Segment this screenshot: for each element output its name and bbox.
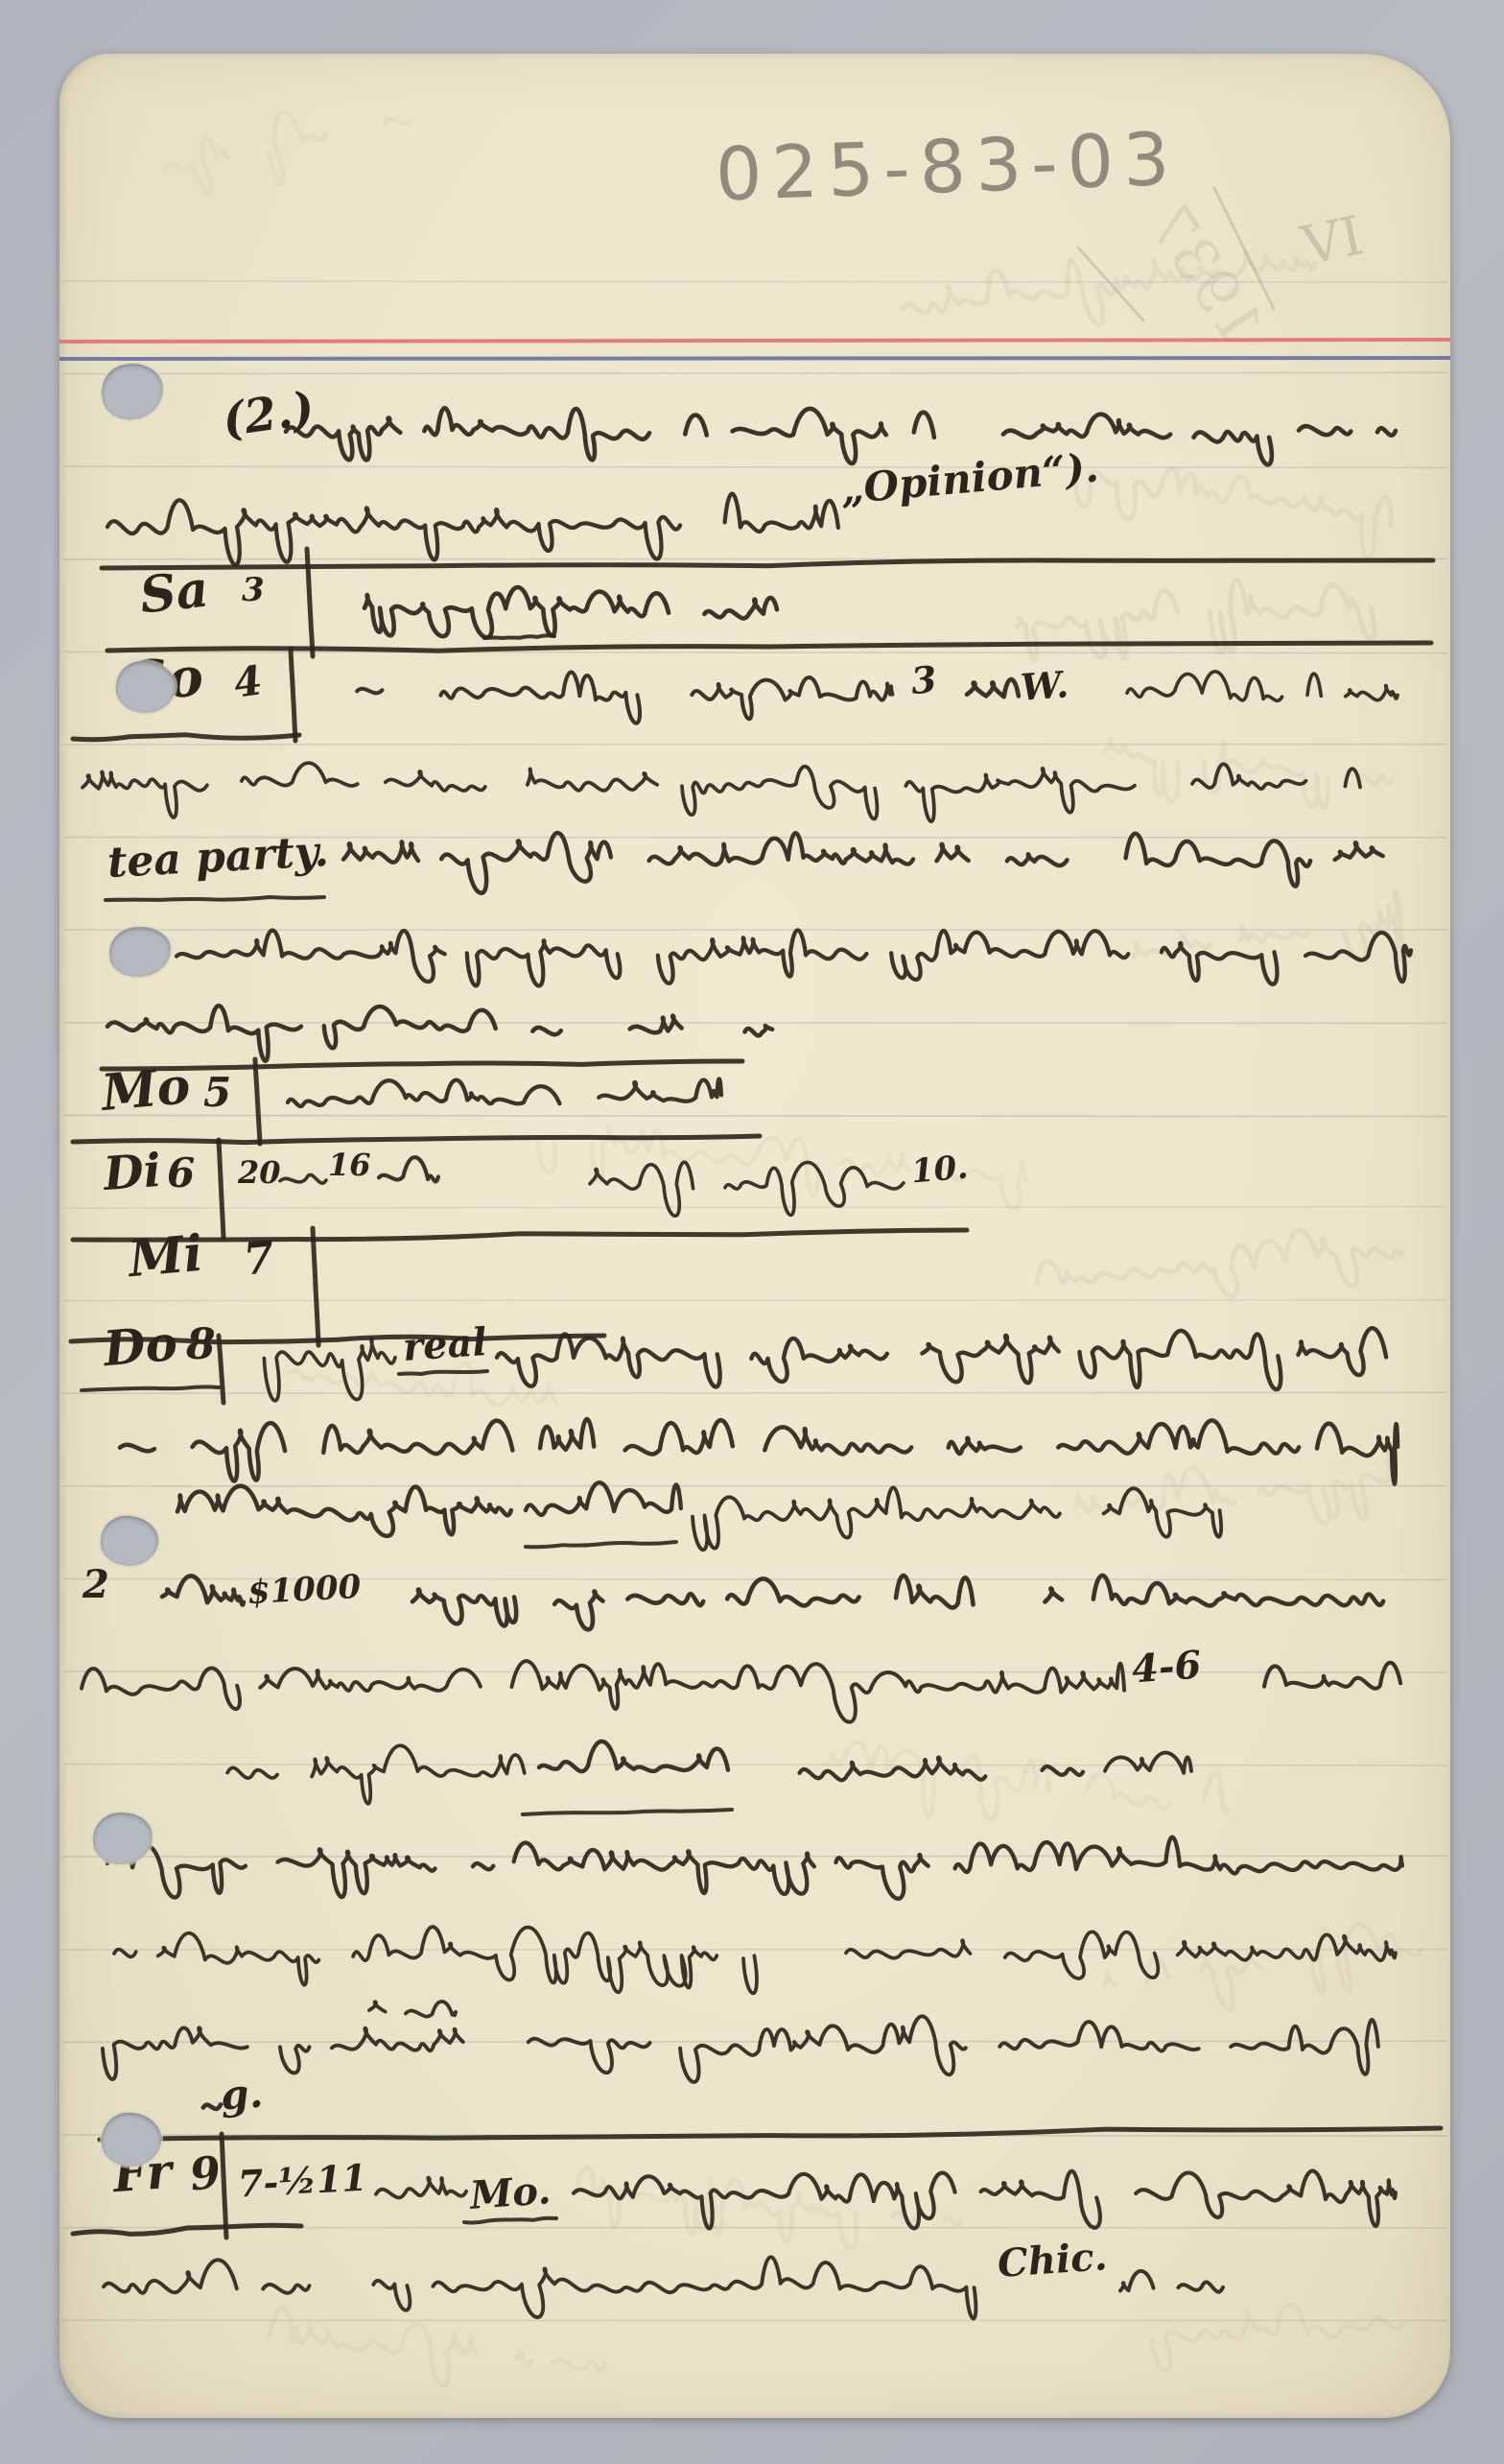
ink-underline (523, 1810, 732, 1814)
shorthand-stroke (107, 1837, 1402, 1899)
shorthand-stroke (288, 1078, 721, 1106)
shorthand-stroke (103, 2016, 1378, 2082)
ruled-line (63, 1765, 1446, 1765)
shorthand-stroke (264, 1339, 395, 1400)
ghost-showthrough (1129, 892, 1407, 1003)
shorthand-stroke (376, 2178, 466, 2198)
shorthand-stroke (693, 1487, 1221, 1550)
shorthand-stroke (107, 494, 838, 565)
ghost-showthrough (822, 1732, 1233, 1847)
ruled-line (63, 1207, 1446, 1208)
shorthand-stroke (526, 1482, 681, 1515)
shorthand-stroke (162, 1576, 244, 1604)
shorthand-stroke (280, 1174, 326, 1183)
ink-divider-line (102, 560, 1433, 568)
ink-underline (106, 897, 324, 900)
ghost-showthrough (1071, 1447, 1396, 1551)
handwritten-entry-day-do: Do (102, 1319, 179, 1373)
handwritten-mark-g: g. (220, 2073, 265, 2117)
handwritten-entry-date-8: 8 (186, 1324, 216, 1366)
shorthand-stroke (104, 2257, 975, 2318)
handwritten-entry-date-6: 6 (167, 1153, 195, 1194)
handwritten-num-16: 16 (328, 1149, 371, 1180)
shorthand-stroke (539, 1741, 728, 1771)
handwritten-letter-w: W. (1020, 666, 1070, 705)
shorthand-stroke (1264, 1663, 1400, 1689)
shorthand-stroke (82, 1661, 1124, 1722)
ink-divider-line (73, 2225, 301, 2234)
ruled-line (63, 2041, 1446, 2042)
ink-divider-line (73, 735, 299, 740)
handwritten-entry-date-4: 4 (231, 660, 265, 704)
shorthand-stroke (82, 763, 1360, 821)
shorthand-stroke (176, 930, 1411, 985)
handwritten-time-7-half-11: 7-½11 (237, 2160, 368, 2203)
ink-divider-line (100, 2128, 1441, 2140)
ink-underline (526, 1542, 676, 1547)
ink-divider-line (102, 1061, 742, 1069)
archive-number-pencil: 025-83-03 (715, 123, 1181, 212)
shorthand-stroke (1120, 2271, 1223, 2292)
shorthand-stroke (379, 1157, 438, 1181)
ink-vertical-line (222, 2134, 226, 2238)
shorthand-stroke (203, 2104, 221, 2109)
handwritten-paragraph-number: (2.) (220, 386, 317, 444)
blue-head-rule (59, 358, 1450, 359)
handwritten-entry-date-3: 3 (242, 574, 265, 606)
notebook-page: (2.)„Opinion“).Sa3So43W.tea party.Mo5Di6… (59, 54, 1450, 2418)
ink-underline (484, 635, 554, 638)
handwritten-range-4-6: 4-6 (1131, 1647, 1203, 1690)
shorthand-stroke (364, 587, 777, 637)
handwritten-num-20: 20 (238, 1157, 281, 1188)
handwritten-abbr-mo: Mo. (469, 2171, 552, 2215)
shorthand-stroke (177, 1486, 511, 1536)
ink-divider-line (73, 1136, 760, 1143)
ruled-line (63, 466, 1446, 467)
shorthand-stroke (107, 1006, 772, 1061)
shorthand-stroke (286, 408, 1396, 464)
handwritten-word-real: real (402, 1323, 488, 1367)
shorthand-stroke (412, 1576, 1383, 1629)
handwritten-entry-day-mi: Mi (127, 1229, 205, 1286)
shorthand-stroke (120, 1419, 1398, 1484)
ruled-line (63, 1856, 1446, 1857)
handwritten-abbr-chic: Chic. (997, 2238, 1109, 2284)
handwritten-num-3: 3 (909, 661, 938, 699)
ink-vertical-line (255, 1059, 260, 1144)
ink-vertical-line (313, 1228, 318, 1345)
handwritten-entry-day-mo: Mo (100, 1061, 192, 1119)
shorthand-stroke (967, 679, 1019, 697)
ink-divider-line (73, 1230, 967, 1240)
shorthand-stroke (497, 1328, 1386, 1389)
ruled-line (63, 1115, 1446, 1116)
volume-roman-numeral: VI (1298, 209, 1368, 274)
ghost-showthrough (1149, 2294, 1404, 2372)
handwritten-num-2: 2 (82, 1566, 109, 1604)
ghost-showthrough (159, 85, 420, 207)
ink-underline (82, 1386, 219, 1390)
handwritten-entry-day-sa: Sa (137, 564, 210, 621)
shorthand-stroke (357, 673, 892, 723)
ruled-line (63, 372, 1446, 373)
handwritten-entry-date-5: 5 (203, 1073, 231, 1113)
shorthand-stroke (227, 1745, 525, 1803)
scan-background: { "header": { "archive_number": "025-83-… (0, 0, 1504, 2464)
ink-underline (464, 2218, 556, 2223)
shorthand-stroke (343, 833, 1383, 893)
handwritten-entry-date-7: 7 (242, 1234, 277, 1281)
ink-vertical-line (291, 649, 295, 741)
ink-vertical-line (219, 1140, 223, 1238)
shorthand-stroke (1127, 672, 1398, 700)
handwritten-entry-date-9: 9 (188, 2149, 223, 2196)
handwritten-entry-day-di: Di (102, 1148, 162, 1197)
handwritten-phrase-tea-party: tea party. (106, 831, 330, 885)
shorthand-stroke (369, 2002, 456, 2017)
ghost-showthrough (1100, 1917, 1424, 2026)
ghost-showthrough (1070, 454, 1395, 561)
handwritten-num-10: 10. (910, 1150, 970, 1188)
ruled-line (63, 1300, 1446, 1301)
handwritten-amount-1000: $1000 (247, 1571, 362, 1609)
shorthand-stroke (1105, 1753, 1191, 1773)
ruled-line (63, 652, 1446, 652)
ink-underline (399, 1371, 487, 1374)
